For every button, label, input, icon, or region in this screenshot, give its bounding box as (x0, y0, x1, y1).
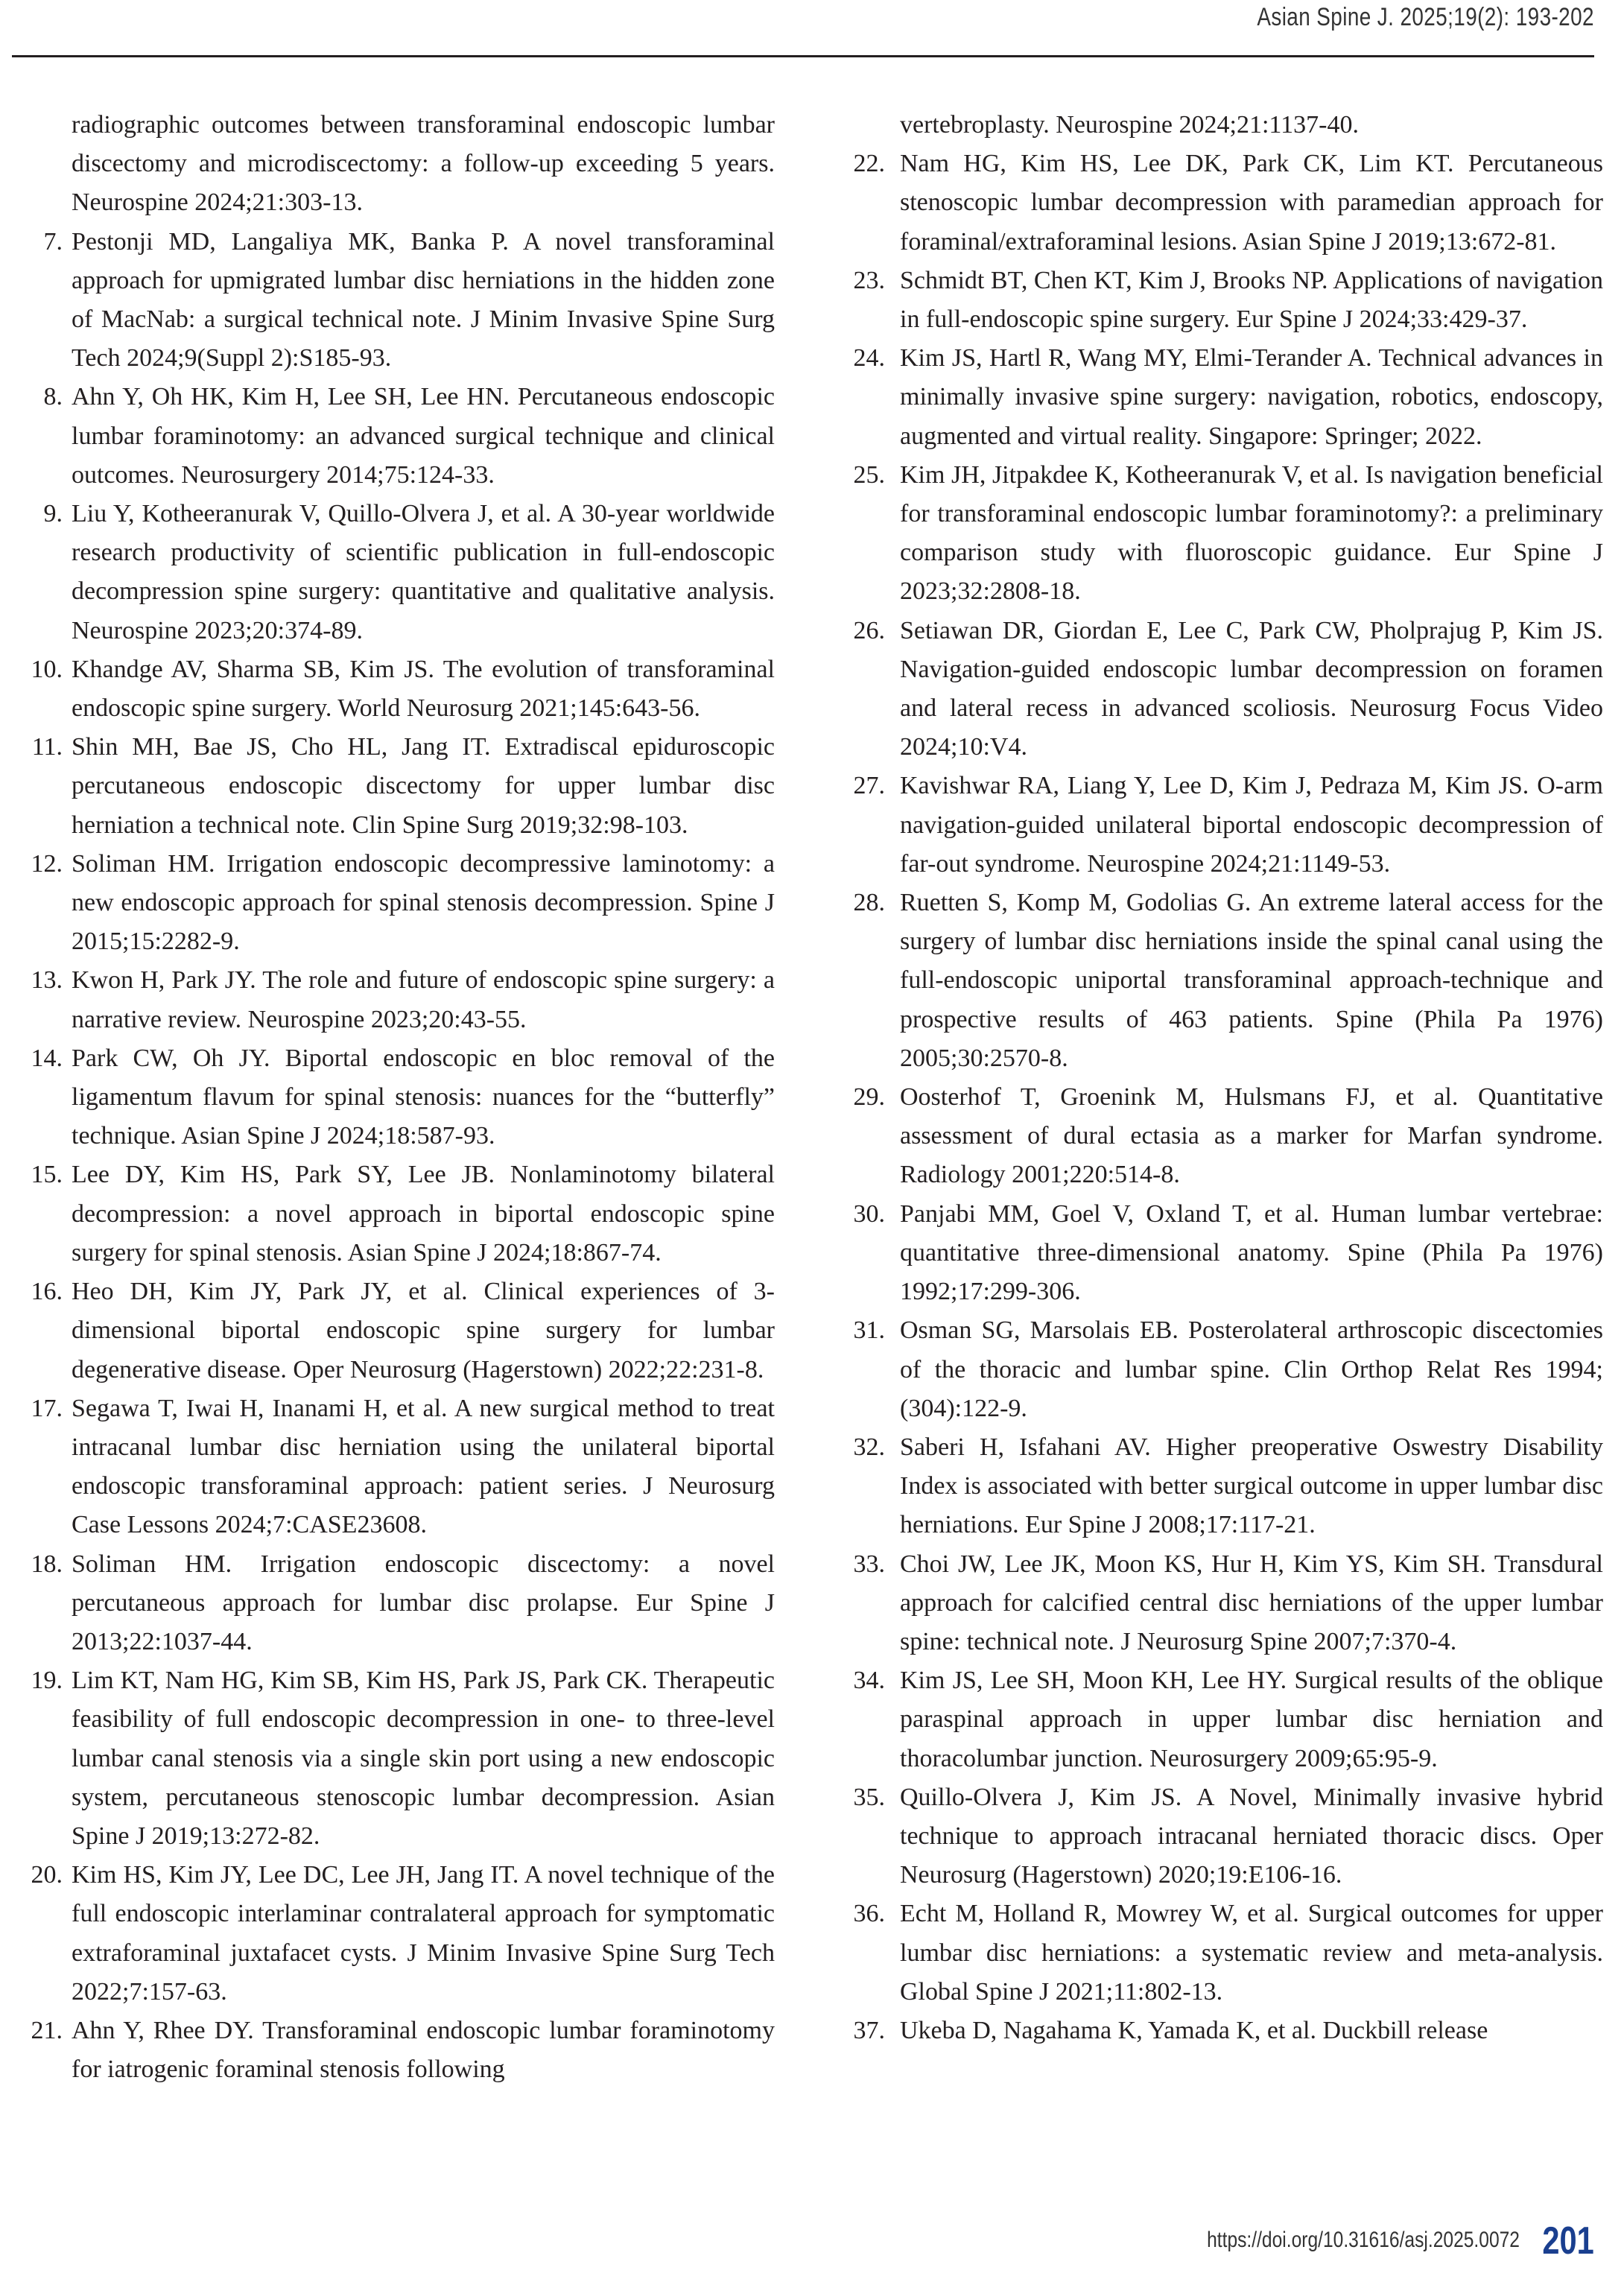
reference-text: vertebroplasty. Neurospine 2024;21:1137-… (900, 111, 1359, 139)
reference-number: 35. (825, 1778, 885, 1817)
reference-number: 7. (3, 223, 63, 261)
reference-text: Nam HG, Kim HS, Lee DK, Park CK, Lim KT.… (900, 150, 1603, 255)
reference-number: 11. (3, 728, 63, 767)
reference-item: 33.Choi JW, Lee JK, Moon KS, Hur H, Kim … (900, 1545, 1603, 1662)
reference-number: 21. (3, 2012, 63, 2050)
reference-number: 22. (825, 145, 885, 183)
reference-item: 17.Segawa T, Iwai H, Inanami H, et al. A… (72, 1389, 775, 1545)
page-number: 201 (1543, 2219, 1594, 2263)
reference-item: 30.Panjabi MM, Goel V, Oxland T, et al. … (900, 1195, 1603, 1312)
reference-item: 13.Kwon H, Park JY. The role and future … (72, 961, 775, 1039)
references-left-column: radiographic outcomes between transforam… (72, 106, 775, 2089)
reference-item: 15.Lee DY, Kim HS, Park SY, Lee JB. Nonl… (72, 1156, 775, 1272)
reference-item: 12.Soliman HM. Irrigation endoscopic dec… (72, 845, 775, 962)
reference-text: Quillo-Olvera J, Kim JS. A Novel, Minima… (900, 1784, 1603, 1889)
reference-item: 32.Saberi H, Isfahani AV. Higher preoper… (900, 1428, 1603, 1545)
reference-text: Panjabi MM, Goel V, Oxland T, et al. Hum… (900, 1200, 1603, 1305)
reference-item: 16.Heo DH, Kim JY, Park JY, et al. Clini… (72, 1272, 775, 1389)
reference-text: Segawa T, Iwai H, Inanami H, et al. A ne… (72, 1395, 775, 1539)
reference-text: Shin MH, Bae JS, Cho HL, Jang IT. Extrad… (72, 733, 775, 838)
reference-item: 9.Liu Y, Kotheeranurak V, Quillo-Olvera … (72, 495, 775, 650)
reference-continuation: vertebroplasty. Neurospine 2024;21:1137-… (900, 106, 1603, 145)
reference-item: 10.Khandge AV, Sharma SB, Kim JS. The ev… (72, 650, 775, 728)
reference-text: Ahn Y, Rhee DY. Transforaminal endoscopi… (72, 2017, 775, 2083)
reference-text: radiographic outcomes between transforam… (72, 111, 775, 216)
reference-number: 31. (825, 1311, 885, 1350)
reference-number: 25. (825, 456, 885, 495)
references-right-column: vertebroplasty. Neurospine 2024;21:1137-… (900, 106, 1603, 2050)
reference-text: Kim HS, Kim JY, Lee DC, Lee JH, Jang IT.… (72, 1861, 775, 2006)
reference-item: 31.Osman SG, Marsolais EB. Posterolatera… (900, 1311, 1603, 1428)
reference-item: 37.Ukeba D, Nagahama K, Yamada K, et al.… (900, 2012, 1603, 2050)
reference-number: 29. (825, 1078, 885, 1117)
reference-number: 37. (825, 2012, 885, 2050)
reference-item: 19.Lim KT, Nam HG, Kim SB, Kim HS, Park … (72, 1661, 775, 1856)
reference-number: 27. (825, 767, 885, 805)
reference-text: Park CW, Oh JY. Biportal endoscopic en b… (72, 1045, 775, 1150)
reference-item: 26.Setiawan DR, Giordan E, Lee C, Park C… (900, 612, 1603, 767)
reference-number: 32. (825, 1428, 885, 1467)
reference-text: Kwon H, Park JY. The role and future of … (72, 966, 775, 1033)
reference-text: Ukeba D, Nagahama K, Yamada K, et al. Du… (900, 2017, 1488, 2044)
reference-item: 11.Shin MH, Bae JS, Cho HL, Jang IT. Ext… (72, 728, 775, 845)
reference-text: Soliman HM. Irrigation endoscopic decomp… (72, 850, 775, 955)
reference-text: Ahn Y, Oh HK, Kim H, Lee SH, Lee HN. Per… (72, 383, 775, 488)
reference-text: Schmidt BT, Chen KT, Kim J, Brooks NP. A… (900, 267, 1603, 333)
reference-item: 36.Echt M, Holland R, Mowrey W, et al. S… (900, 1895, 1603, 2012)
reference-number: 20. (3, 1856, 63, 1895)
reference-number: 33. (825, 1545, 885, 1584)
reference-item: 22.Nam HG, Kim HS, Lee DK, Park CK, Lim … (900, 145, 1603, 261)
reference-item: 29.Oosterhof T, Groenink M, Hulsmans FJ,… (900, 1078, 1603, 1195)
reference-text: Choi JW, Lee JK, Moon KS, Hur H, Kim YS,… (900, 1550, 1603, 1655)
reference-text: Osman SG, Marsolais EB. Posterolateral a… (900, 1316, 1603, 1421)
reference-item: 23.Schmidt BT, Chen KT, Kim J, Brooks NP… (900, 261, 1603, 339)
reference-number: 23. (825, 261, 885, 300)
reference-text: Kavishwar RA, Liang Y, Lee D, Kim J, Ped… (900, 772, 1603, 877)
reference-number: 36. (825, 1895, 885, 1933)
reference-text: Oosterhof T, Groenink M, Hulsmans FJ, et… (900, 1083, 1603, 1188)
reference-item: 14.Park CW, Oh JY. Biportal endoscopic e… (72, 1039, 775, 1156)
reference-text: Lee DY, Kim HS, Park SY, Lee JB. Nonlami… (72, 1161, 775, 1266)
header-rule (12, 55, 1594, 57)
reference-item: 27.Kavishwar RA, Liang Y, Lee D, Kim J, … (900, 767, 1603, 884)
reference-text: Khandge AV, Sharma SB, Kim JS. The evolu… (72, 656, 775, 722)
reference-number: 30. (825, 1195, 885, 1234)
reference-number: 16. (3, 1272, 63, 1311)
reference-number: 19. (3, 1661, 63, 1700)
reference-number: 15. (3, 1156, 63, 1194)
reference-text: Lim KT, Nam HG, Kim SB, Kim HS, Park JS,… (72, 1667, 775, 1850)
reference-number: 17. (3, 1389, 63, 1428)
reference-continuation: radiographic outcomes between transforam… (72, 106, 775, 223)
reference-number: 24. (825, 339, 885, 378)
reference-text: Kim JS, Hartl R, Wang MY, Elmi-Terander … (900, 344, 1603, 449)
reference-item: 18.Soliman HM. Irrigation endoscopic dis… (72, 1545, 775, 1662)
reference-text: Saberi H, Isfahani AV. Higher preoperati… (900, 1433, 1603, 1538)
reference-number: 10. (3, 650, 63, 689)
reference-number: 8. (3, 378, 63, 416)
reference-number: 26. (825, 612, 885, 650)
reference-item: 28.Ruetten S, Komp M, Godolias G. An ext… (900, 884, 1603, 1078)
reference-item: 35.Quillo-Olvera J, Kim JS. A Novel, Min… (900, 1778, 1603, 1895)
reference-number: 9. (3, 495, 63, 533)
reference-number: 14. (3, 1039, 63, 1078)
reference-text: Kim JH, Jitpakdee K, Kotheeranurak V, et… (900, 461, 1603, 606)
reference-number: 34. (825, 1661, 885, 1700)
reference-item: 25.Kim JH, Jitpakdee K, Kotheeranurak V,… (900, 456, 1603, 612)
reference-item: 20.Kim HS, Kim JY, Lee DC, Lee JH, Jang … (72, 1856, 775, 2012)
doi-link[interactable]: https://doi.org/10.31616/asj.2025.0072 (1190, 2228, 1520, 2253)
reference-item: 21.Ahn Y, Rhee DY. Transforaminal endosc… (72, 2012, 775, 2089)
reference-number: 12. (3, 845, 63, 884)
reference-text: Ruetten S, Komp M, Godolias G. An extrem… (900, 889, 1603, 1072)
reference-text: Pestonji MD, Langaliya MK, Banka P. A no… (72, 228, 775, 373)
reference-text: Setiawan DR, Giordan E, Lee C, Park CW, … (900, 617, 1603, 761)
reference-item: 34.Kim JS, Lee SH, Moon KH, Lee HY. Surg… (900, 1661, 1603, 1778)
running-header-citation: Asian Spine J. 2025;19(2): 193-202 (1257, 3, 1594, 32)
reference-text: Kim JS, Lee SH, Moon KH, Lee HY. Surgica… (900, 1667, 1603, 1772)
reference-text: Soliman HM. Irrigation endoscopic discec… (72, 1550, 775, 1655)
reference-text: Echt M, Holland R, Mowrey W, et al. Surg… (900, 1900, 1603, 2005)
reference-item: 24.Kim JS, Hartl R, Wang MY, Elmi-Terand… (900, 339, 1603, 456)
reference-text: Heo DH, Kim JY, Park JY, et al. Clinical… (72, 1278, 775, 1383)
reference-item: 7.Pestonji MD, Langaliya MK, Banka P. A … (72, 223, 775, 378)
reference-number: 18. (3, 1545, 63, 1584)
reference-number: 28. (825, 884, 885, 922)
reference-text: Liu Y, Kotheeranurak V, Quillo-Olvera J,… (72, 500, 775, 644)
reference-item: 8.Ahn Y, Oh HK, Kim H, Lee SH, Lee HN. P… (72, 378, 775, 495)
reference-number: 13. (3, 961, 63, 1000)
